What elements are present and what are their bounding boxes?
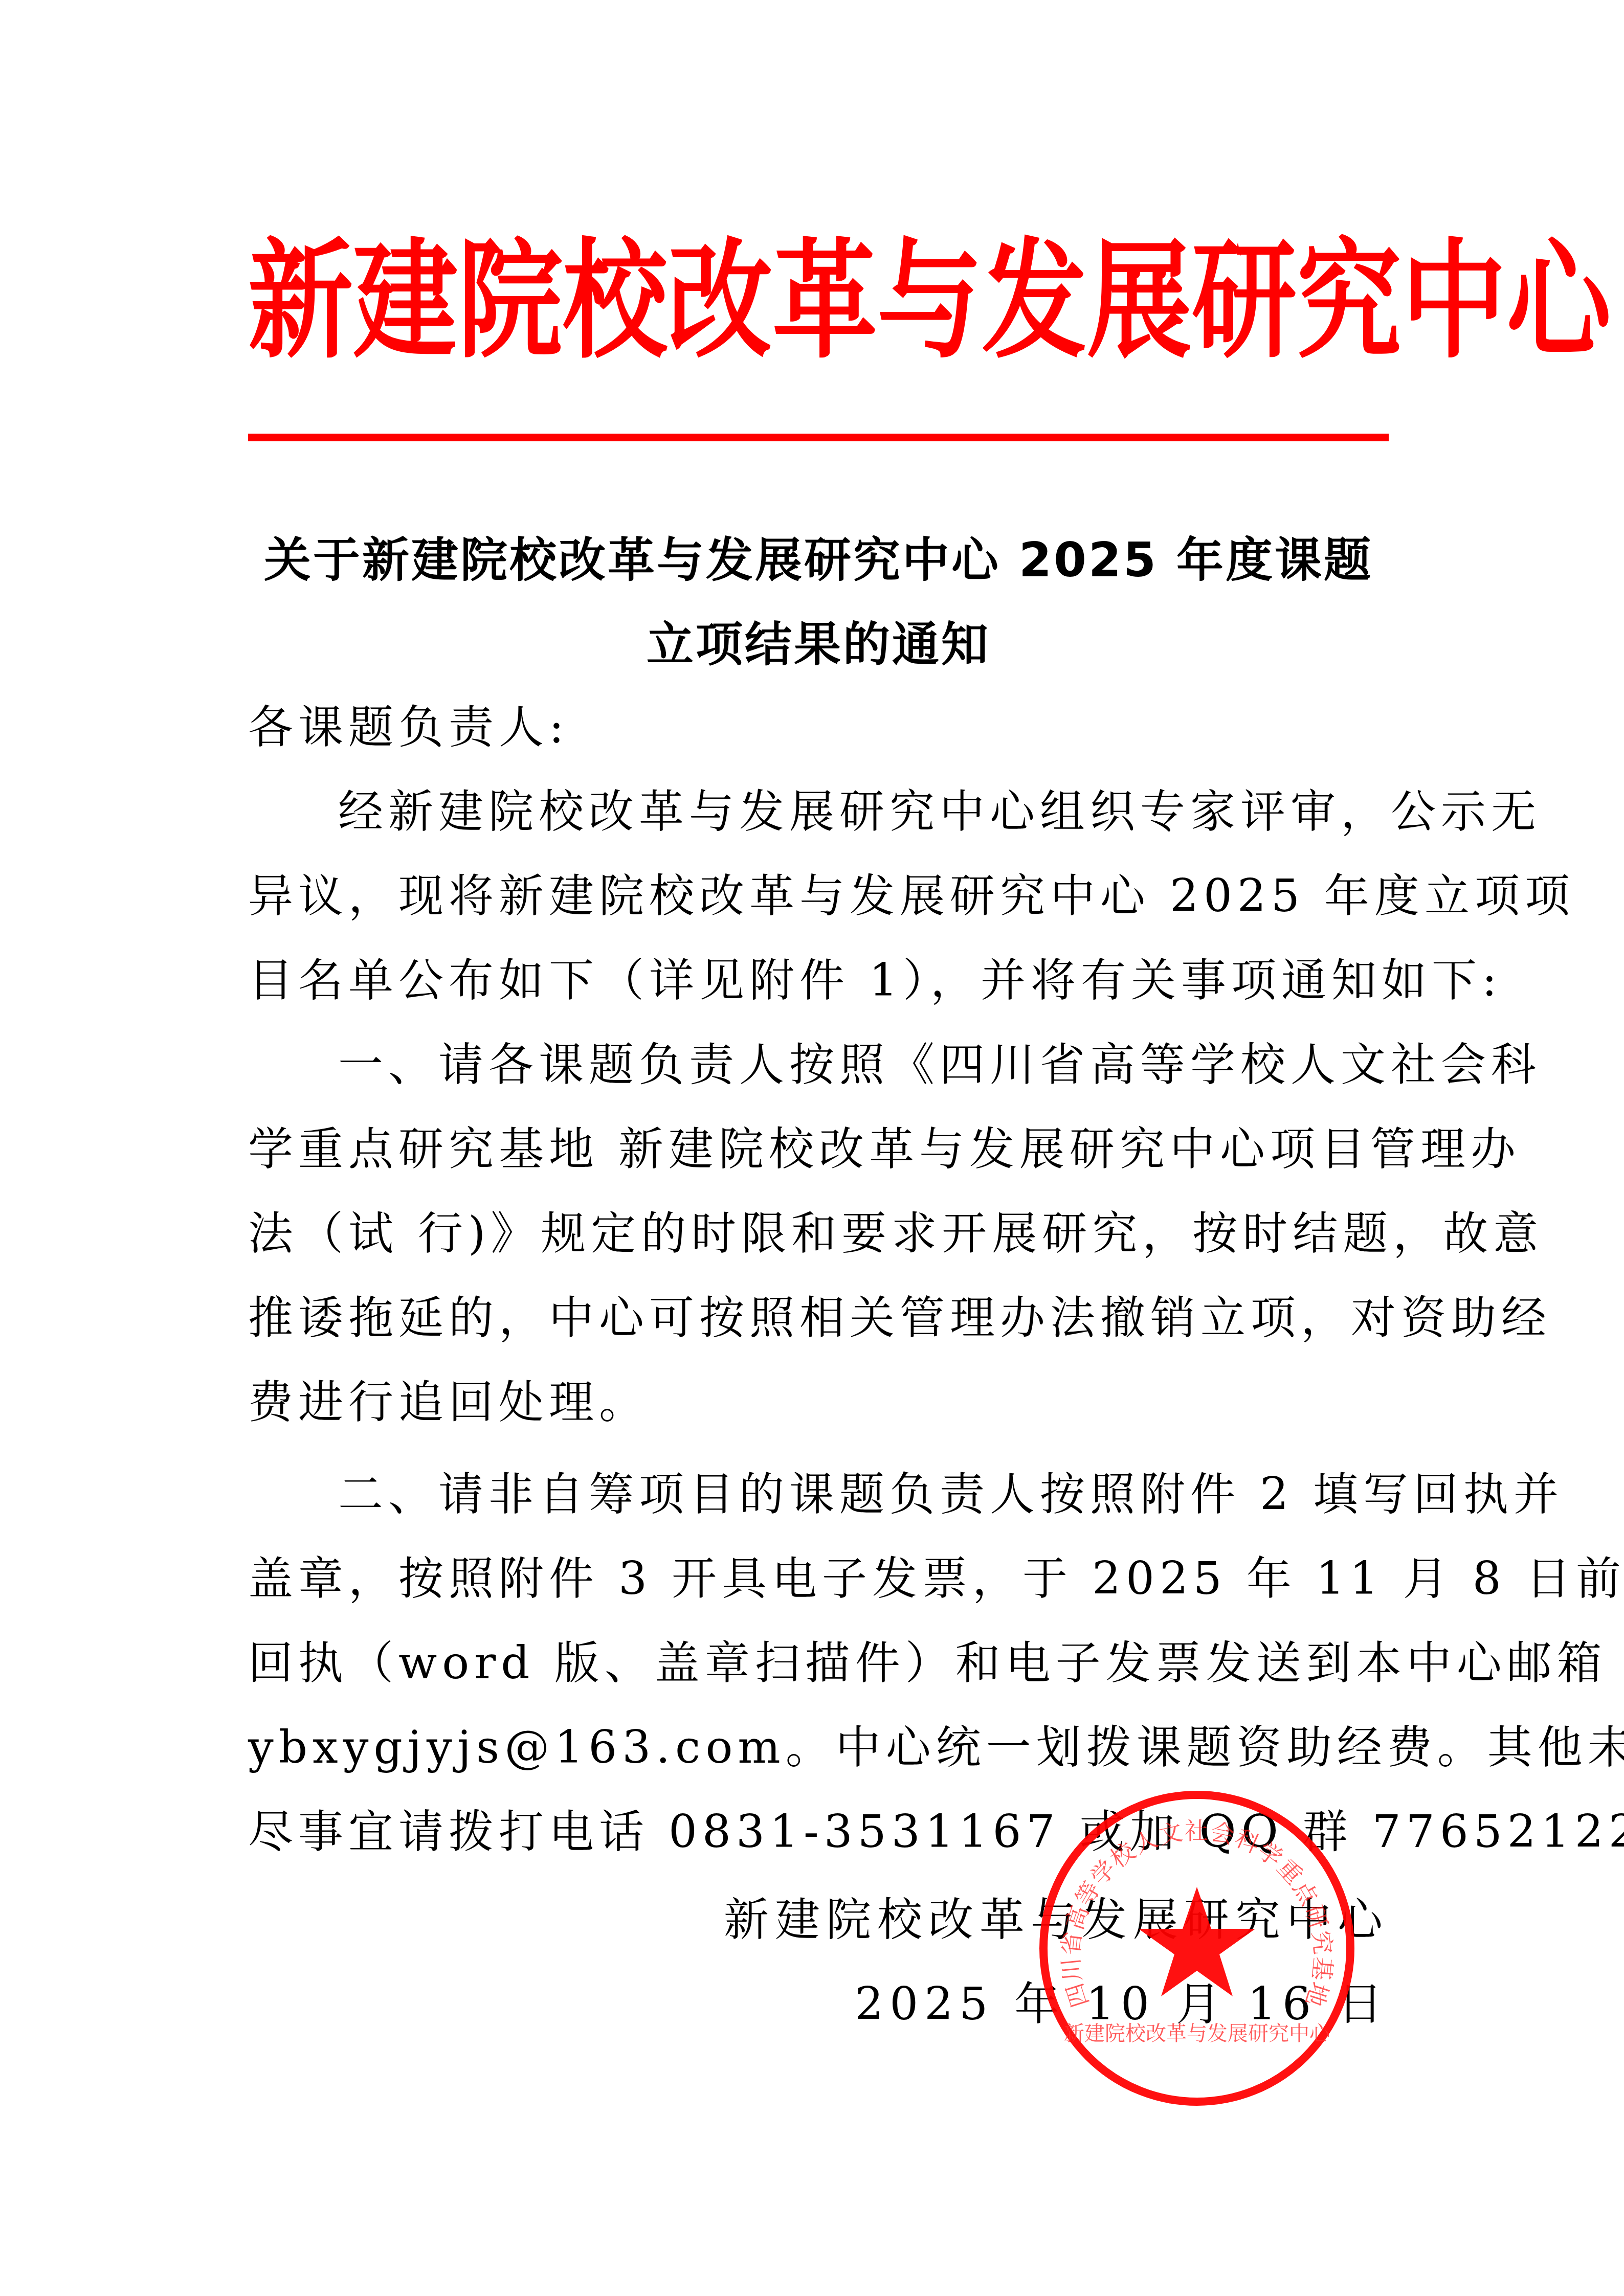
document-title-line-1: 关于新建院校改革与发展研究中心 2025 年度课题 <box>248 537 1389 584</box>
paragraph-line: 经新建院校改革与发展研究中心组织专家评审，公示无 <box>248 789 1389 834</box>
masthead-char: 与 <box>877 238 982 366</box>
masthead-char: 改 <box>668 238 772 366</box>
masthead-char: 发 <box>982 238 1087 366</box>
red-divider <box>248 434 1389 441</box>
paragraph-line: ybxygjyjs@163.com。中心统一划拨课题资助经费。其他未 <box>248 1725 1389 1770</box>
masthead-char: 心 <box>1506 238 1611 366</box>
masthead-char: 院 <box>458 238 563 366</box>
masthead-char: 展 <box>1087 238 1192 366</box>
paragraph-line: 推诿拖延的，中心可按照相关管理办法撤销立项，对资助经 <box>248 1295 1389 1340</box>
paragraph-line: 费进行追回处理。 <box>248 1380 1389 1425</box>
masthead-char: 中 <box>1401 238 1506 366</box>
paragraph-line: 盖章，按照附件 3 开具电子发票，于 2025 年 11 月 8 日前将 <box>248 1556 1389 1601</box>
signature-date: 2025 年 10 月 16 日 <box>855 1982 1389 2027</box>
salutation: 各课题负责人: <box>248 705 1389 750</box>
masthead-char: 校 <box>563 238 668 366</box>
paragraph-line: 尽事宜请拨打电话 0831-3531167 或加 QQ 群 776521224 … <box>248 1809 1389 1854</box>
masthead-char: 建 <box>353 238 458 366</box>
masthead-char: 新 <box>248 238 353 366</box>
paragraph-line: 异议，现将新建院校改革与发展研究中心 2025 年度立项项 <box>248 873 1389 918</box>
signature-org: 新建院校改革与发展研究中心 <box>724 1897 1389 1942</box>
document-page: 新 建 院 校 改 革 与 发 展 研 究 中 心 关于新建院校改革与发展研究中… <box>0 0 1624 2296</box>
masthead-char: 革 <box>772 238 877 366</box>
paragraph-line: 学重点研究基地 新建院校改革与发展研究中心项目管理办 <box>248 1127 1389 1172</box>
paragraph-line: 法（试 行)》规定的时限和要求开展研究，按时结题，故意 <box>248 1211 1389 1256</box>
masthead-char: 研 <box>1192 238 1297 366</box>
document-title-line-2: 立项结果的通知 <box>248 621 1389 668</box>
paragraph-line: 回执（word 版、盖章扫描件）和电子发票发送到本中心邮箱 <box>248 1640 1389 1685</box>
masthead-char: 究 <box>1297 238 1401 366</box>
masthead: 新 建 院 校 改 革 与 发 展 研 究 中 心 <box>248 240 1389 363</box>
paragraph-line: 一、请各课题负责人按照《四川省高等学校人文社会科 <box>248 1042 1389 1087</box>
paragraph-line: 二、请非自筹项目的课题负责人按照附件 2 填写回执并 <box>248 1472 1389 1517</box>
paragraph-line: 目名单公布如下（详见附件 1），并将有关事项通知如下: <box>248 958 1389 1003</box>
